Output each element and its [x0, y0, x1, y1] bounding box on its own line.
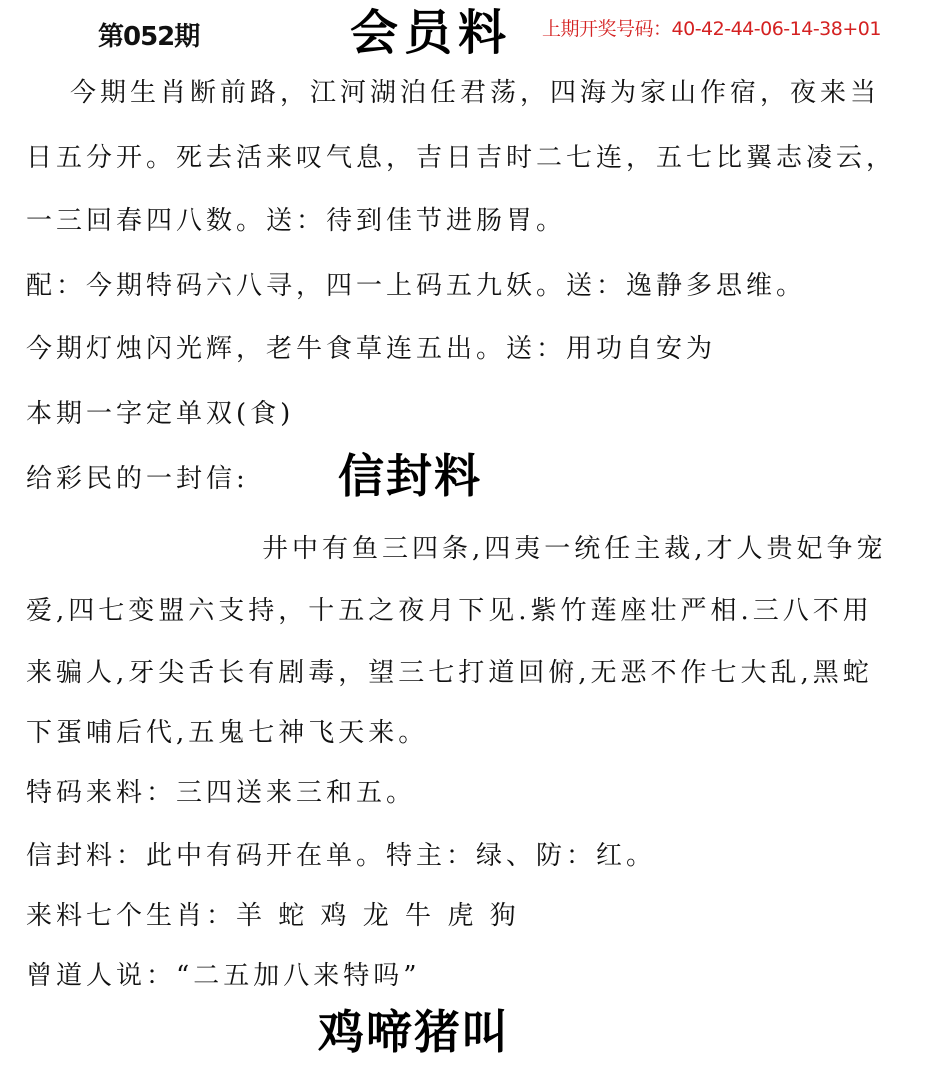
letter-line: 来骗人,牙尖舌长有剧毒，望三七打道回俯,无恶不作七大乱,黑蛇	[26, 652, 873, 689]
detail-line: 曾道人说：“二五加八来特吗”	[26, 955, 421, 992]
poem-line: 一三回春四八数。送：待到佳节进肠胃。	[26, 200, 566, 237]
hint-line: 配：今期特码六八寻，四一上码五九妖。送：逸静多思维。	[26, 265, 806, 302]
last-draw-result: 上期开奖号码：40-42-44-06-14-38+01	[542, 14, 881, 41]
hint-line: 今期灯烛闪光辉，老牛食草连五出。送：用功自安为	[26, 328, 716, 365]
last-draw-numbers: 40-42-44-06-14-38+01	[672, 18, 881, 40]
last-draw-label: 上期开奖号码：	[542, 18, 672, 40]
letter-line: 下蛋哺后代,五鬼七神飞天来。	[26, 712, 428, 749]
detail-line: 特码来料：三四送来三和五。	[26, 772, 416, 809]
footer-slogan: 鸡啼猪叫	[318, 996, 510, 1062]
detail-line: 来料七个生肖：羊 蛇 鸡 龙 牛 虎 狗	[26, 895, 520, 932]
detail-line: 信封料：此中有码开在单。特主：绿、防：红。	[26, 835, 656, 872]
poem-line: 今期生肖断前路，江河湖泊任君荡，四海为家山作宿，夜来当	[70, 72, 880, 109]
letter-line: 爱,四七变盟六支持，十五之夜月下见.紫竹莲座壮严相.三八不用	[26, 590, 873, 627]
letter-line: 井中有鱼三四条,四夷一统任主裁,才人贵妃争宠	[262, 528, 887, 565]
issue-number: 第052期	[98, 16, 199, 53]
hint-line: 本期一字定单双(食)	[26, 393, 294, 430]
poem-line: 日五分开。死去活来叹气息，吉日吉时二七连，五七比翼志凌云，	[26, 137, 896, 174]
letter-heading: 信封料	[338, 440, 482, 506]
page-title: 会员料	[350, 0, 512, 63]
letter-label: 给彩民的一封信:	[26, 458, 249, 495]
